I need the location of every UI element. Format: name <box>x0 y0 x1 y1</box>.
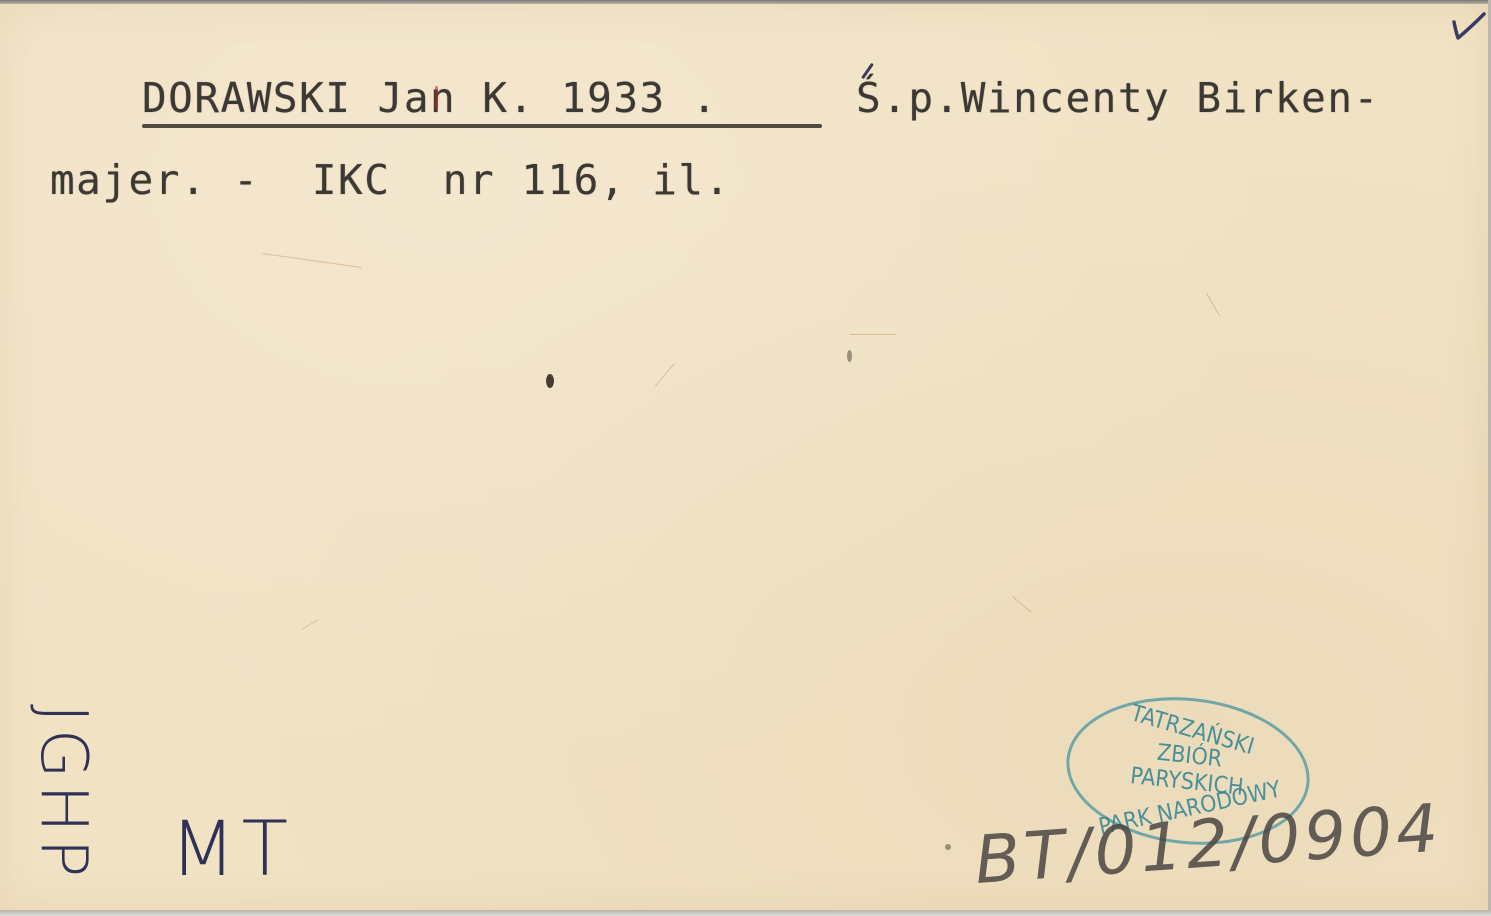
check-mark-icon <box>1448 8 1488 44</box>
paper-fiber <box>850 334 896 335</box>
paper-fiber <box>301 619 319 630</box>
catalog-number: BT/012/0904 <box>972 789 1444 898</box>
ink-spot <box>945 844 951 850</box>
entry-title: Ś.p.Wincenty Birken- <box>856 74 1380 122</box>
entry-heading: DORAWSKI Jan K. 1933 . <box>142 74 718 122</box>
entry-source: majer. - IKC nr 116, il. <box>50 156 731 204</box>
ink-spot <box>847 350 852 362</box>
paper-fiber <box>655 363 675 387</box>
paper-fiber <box>1206 293 1220 316</box>
catalog-card: DORAWSKI Jan K. 1933 . Ś.p.Wincenty Birk… <box>0 4 1488 910</box>
paper-fiber <box>1012 596 1031 612</box>
heading-underline <box>142 124 822 128</box>
paper-fiber <box>262 253 361 268</box>
red-correction-mark <box>435 86 438 110</box>
scan-bottom-edge <box>0 910 1491 916</box>
ink-spot <box>546 374 554 388</box>
vertical-initials: JGHP <box>26 704 100 883</box>
initials: MT <box>170 804 294 893</box>
